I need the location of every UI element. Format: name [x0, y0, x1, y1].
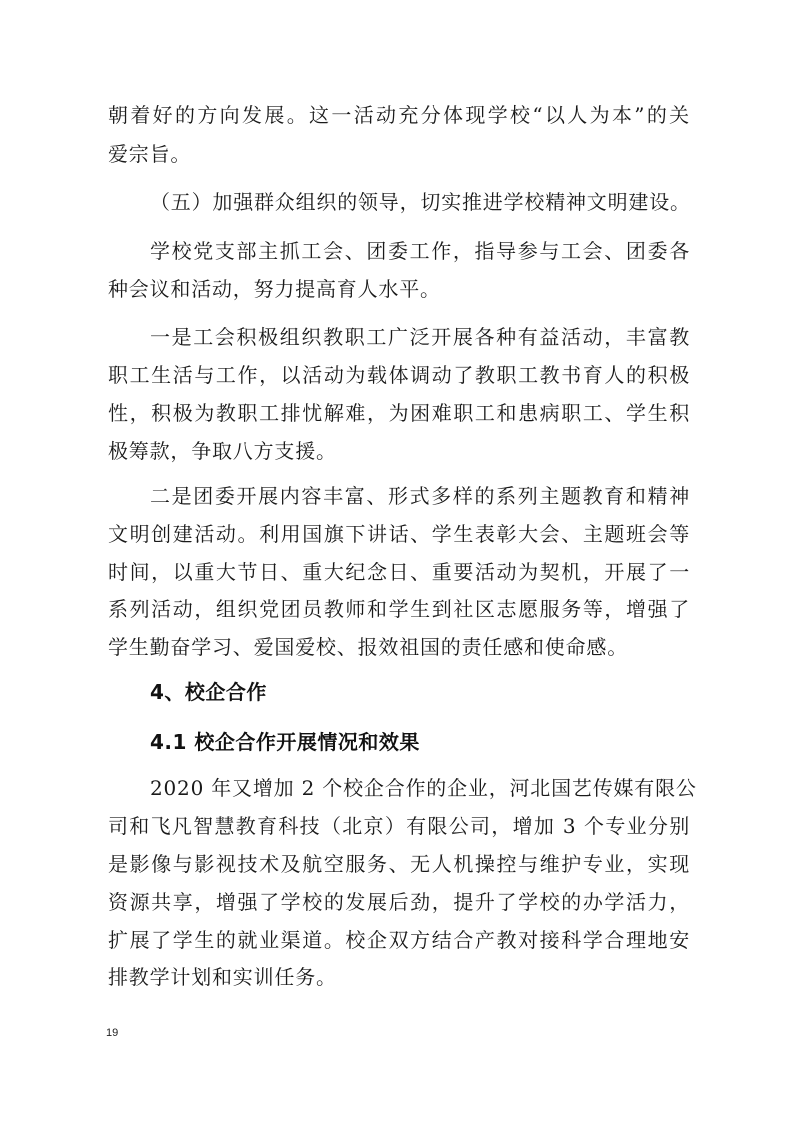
document-page: 朝着好的方向发展。这一活动充分体现学校“以人为本”的关 爱宗旨。 （五）加强群众… [0, 0, 793, 1122]
paragraph-line: 二是团委开展内容丰富、形式多样的系列主题教育和精神 [150, 484, 690, 508]
paragraph-line: 朝着好的方向发展。这一活动充分体现学校“以人为本”的关 [108, 103, 690, 127]
paragraph-line: 是影像与影视技术及航空服务、无人机操控与维护专业，实现 [108, 852, 690, 876]
paragraph-line: 职工生活与工作，以活动为载体调动了教职工教书育人的积极 [108, 363, 690, 387]
paragraph-line: 性，积极为教职工排忧解难，为困难职工和患病职工、学生积 [108, 401, 690, 425]
section-heading-4: 4、校企合作 [150, 680, 267, 704]
paragraph-line: 种会议和活动，努力提高育人水平。 [108, 277, 690, 301]
paragraph-line: 一是工会积极组织教职工广泛开展各种有益活动，丰富教 [150, 325, 690, 349]
section-heading-4-1: 4.1 校企合作开展情况和效果 [150, 730, 420, 754]
section-five-line: （五）加强群众组织的领导，切实推进学校精神文明建设。 [150, 190, 690, 214]
paragraph-line: 司和飞凡智慧教育科技（北京）有限公司，增加 3 个专业分别 [108, 814, 690, 838]
page-number: 19 [106, 1027, 118, 1039]
paragraph-line: 爱宗旨。 [108, 142, 690, 166]
paragraph-line: 学校党支部主抓工会、团委工作，指导参与工会、团委各 [150, 239, 690, 263]
paragraph-line: 文明创建活动。利用国旗下讲话、学生表彰大会、主题班会等 [108, 522, 690, 546]
paragraph-line: 极筹款，争取八方支援。 [108, 439, 690, 463]
paragraph-line: 排教学计划和实训任务。 [108, 965, 690, 989]
paragraph-line: 学生勤奋学习、爱国爱校、报效祖国的责任感和使命感。 [108, 635, 690, 659]
paragraph-line: 时间，以重大节日、重大纪念日、重要活动为契机，开展了一 [108, 560, 690, 584]
paragraph-line: 2020 年又增加 2 个校企合作的企业，河北国艺传媒有限公 [150, 776, 690, 800]
paragraph-line: 扩展了学生的就业渠道。校企双方结合产教对接科学合理地安 [108, 928, 690, 952]
paragraph-line: 资源共享，增强了学校的发展后劲，提升了学校的办学活力， [108, 890, 690, 914]
paragraph-line: 系列活动，组织党团员教师和学生到社区志愿服务等，增强了 [108, 597, 690, 621]
